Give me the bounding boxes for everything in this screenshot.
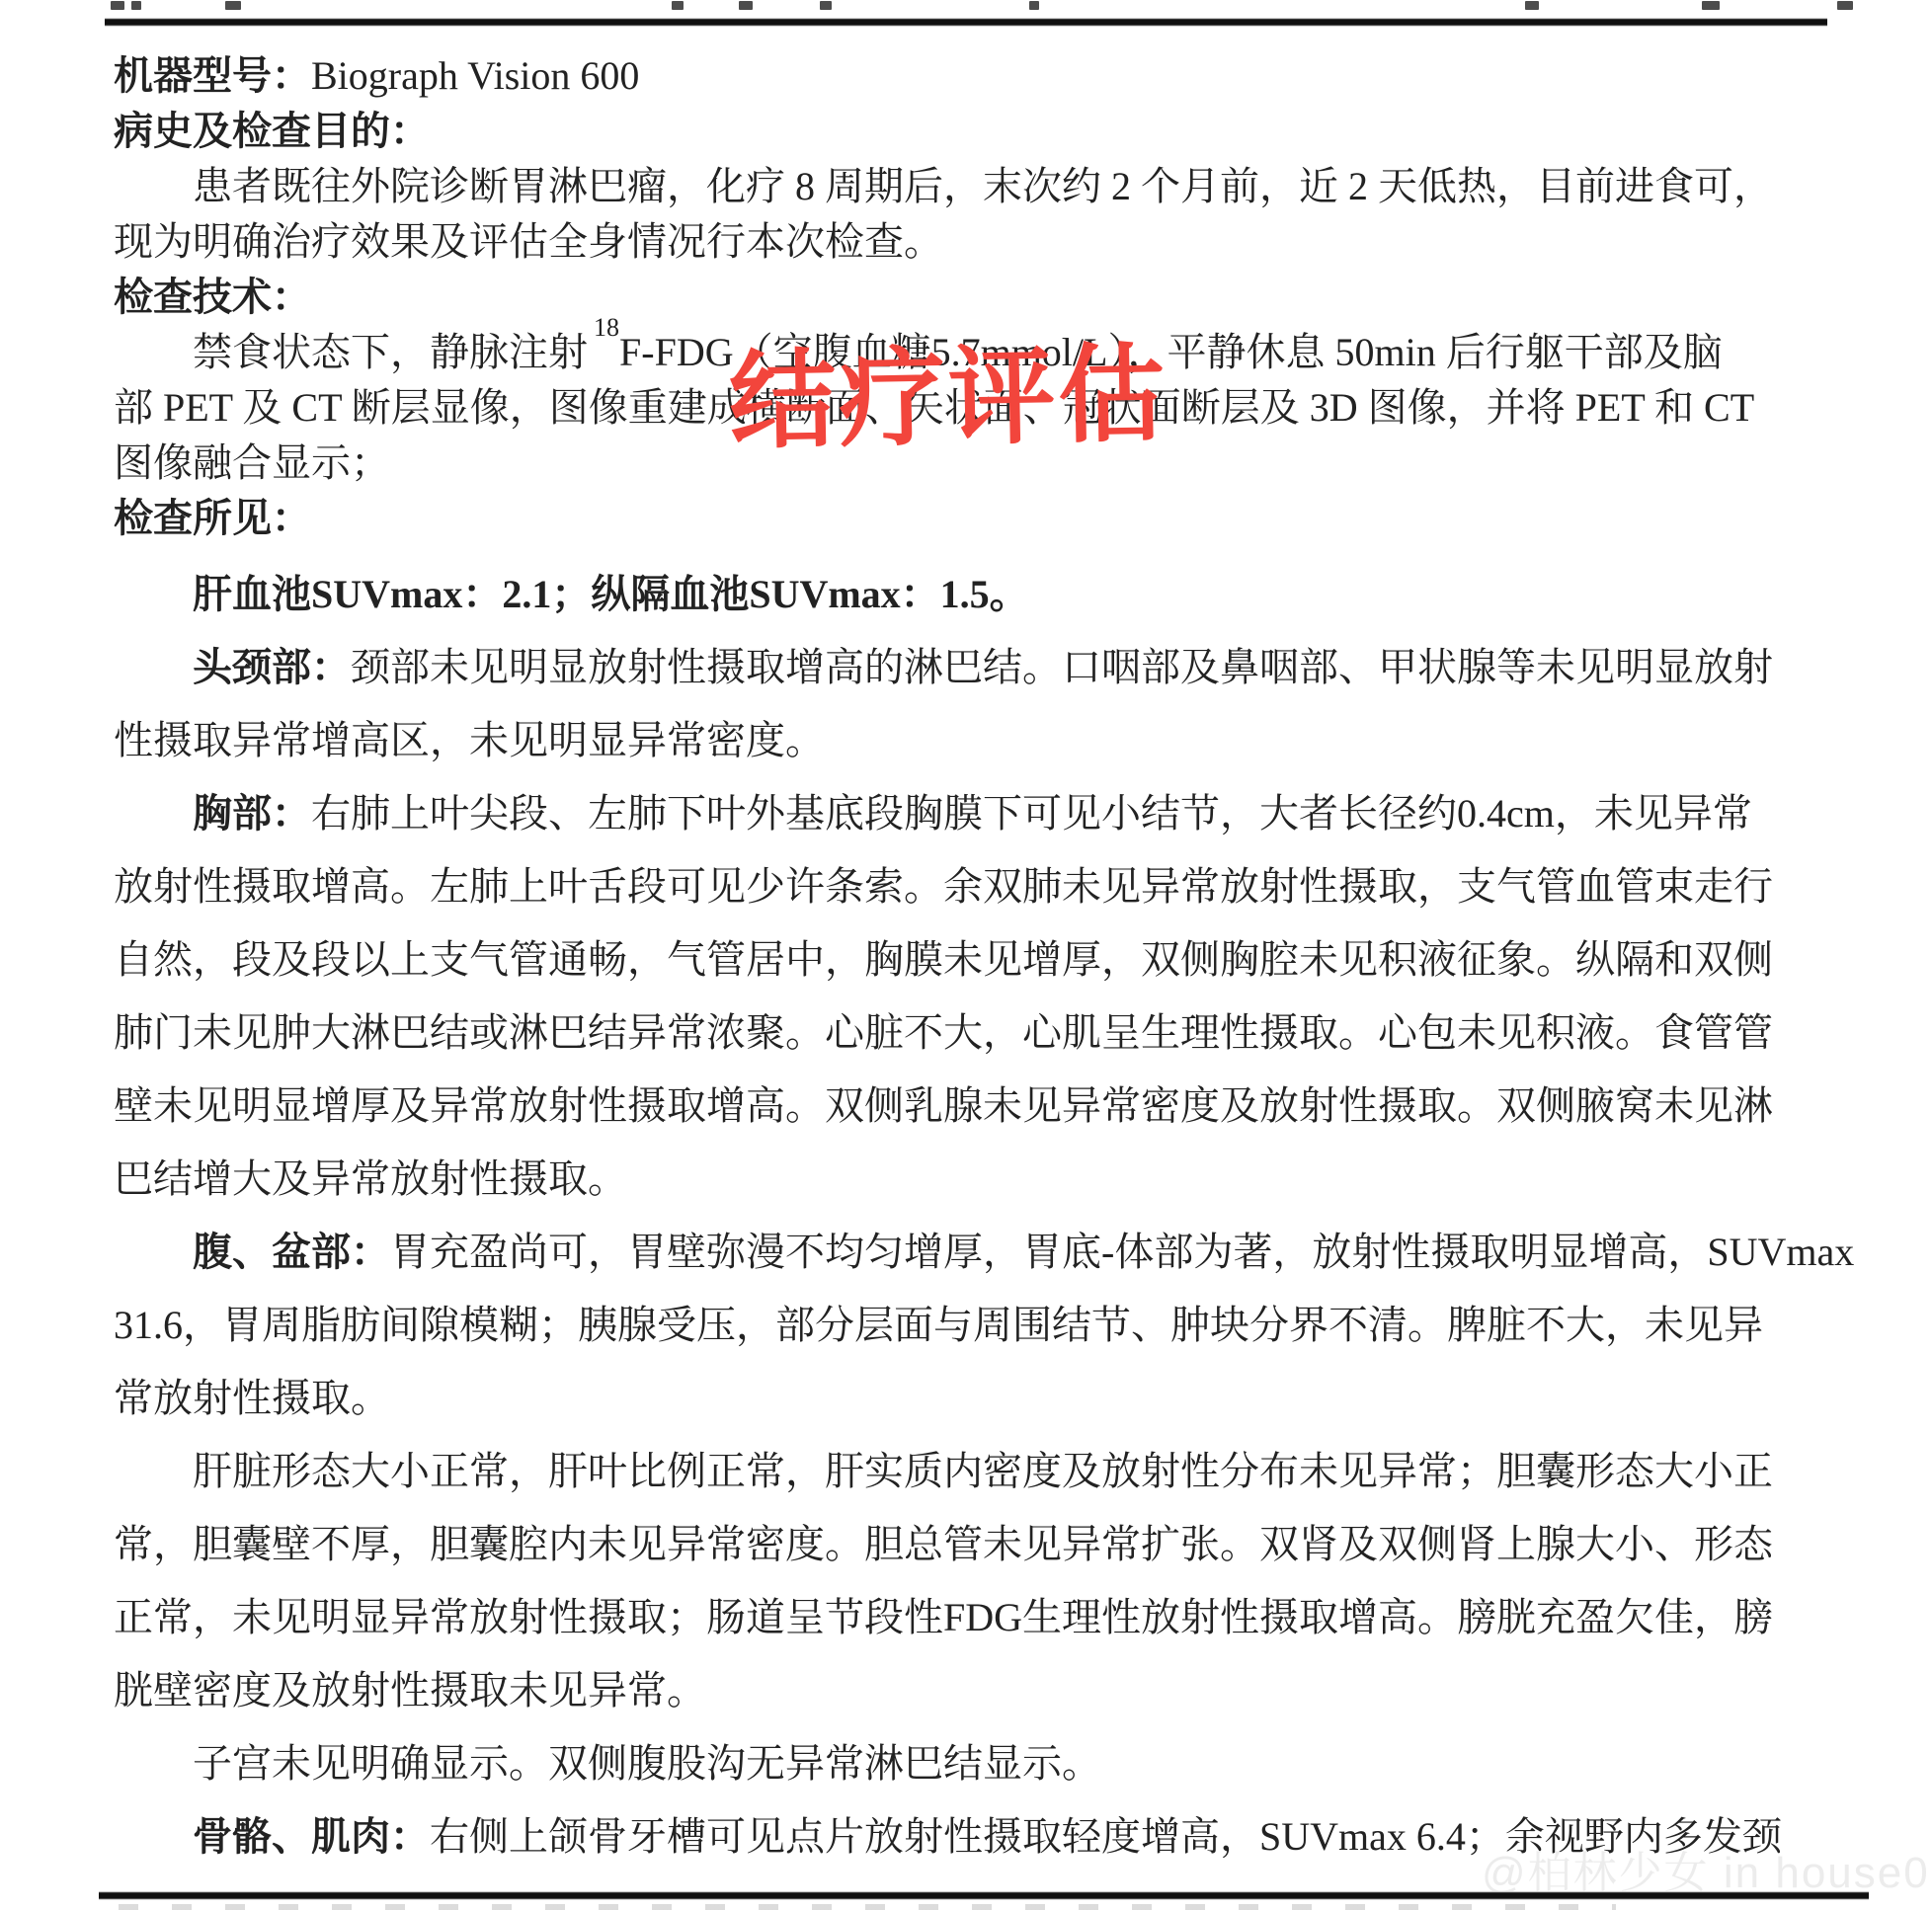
chest-line: 巴结增大及异常放射性摄取。 [114, 1143, 1842, 1216]
liver-line: 胱壁密度及放射性摄取未见异常。 [114, 1654, 1842, 1727]
report-page: 机器型号：Biograph Vision 600 病史及检查目的： 患者既往外院… [0, 0, 1932, 1911]
findings-heading: 检查所见： [114, 491, 1842, 546]
cropped-text-remnant [1525, 1, 1539, 10]
abdomen-line: 腹、盆部：胃充盈尚可，胃壁弥漫不均匀增厚，胃底-体部为著，放射性摄取明显增高，S… [114, 1216, 1842, 1289]
bone-muscle-label: 骨骼、肌肉： [193, 1814, 430, 1859]
cropped-text-remnant [672, 1, 684, 10]
machine-model-line: 机器型号：Biograph Vision 600 [114, 48, 1842, 104]
machine-model-label: 机器型号： [114, 53, 311, 98]
abdomen-label: 腹、盆部： [193, 1230, 390, 1274]
blood-pool-suv-line: 肝血池SUVmax：2.1；纵隔血池SUVmax：1.5。 [114, 558, 1842, 631]
history-heading: 病史及检查目的： [114, 104, 1842, 159]
chest-line: 胸部：右肺上叶尖段、左肺下叶外基底段胸膜下可见小结节，大者长径约0.4cm，未见… [114, 777, 1842, 850]
liver-line: 肝脏形态大小正常，肝叶比例正常，肝实质内密度及放射性分布未见异常；胆囊形态大小正 [114, 1435, 1842, 1508]
head-neck-line: 头颈部：颈部未见明显放射性摄取增高的淋巴结。口咽部及鼻咽部、甲状腺等未见明显放射 [114, 631, 1842, 704]
history-line: 患者既往外院诊断胃淋巴瘤，化疗 8 周期后，末次约 2 个月前，近 2 天低热，… [114, 159, 1842, 214]
head-neck-line: 性摄取异常增高区，未见明显异常密度。 [114, 704, 1842, 777]
history-line: 现为明确治疗效果及评估全身情况行本次检查。 [114, 214, 1842, 270]
technique-line-pre: 禁食状态下，静脉注射 [193, 330, 588, 374]
abdomen-text: 胃充盈尚可，胃壁弥漫不均匀增厚，胃底-体部为著，放射性摄取明显增高，SUVmax [390, 1230, 1854, 1274]
chest-text: 右肺上叶尖段、左肺下叶外基底段胸膜下可见小结节，大者长径约0.4cm，未见异常 [311, 791, 1752, 836]
cropped-text-remnant [820, 1, 832, 10]
red-stamp-watermark: 结疗评估 [728, 308, 1169, 469]
chest-line: 放射性摄取增高。左肺上叶舌段可见少许条索。余双肺未见异常放射性摄取，支气管血管束… [114, 850, 1842, 923]
cropped-bottom-text [119, 1904, 1616, 1910]
isotope-superscript: 18 [594, 313, 619, 342]
abdomen-line: 常放射性摄取。 [114, 1362, 1842, 1435]
top-divider [105, 18, 1827, 27]
cropped-text-remnant [111, 1, 124, 10]
abdomen-line: 31.6，胃周脂肪间隙模糊；胰腺受压，部分层面与周围结节、肿块分界不清。脾脏不大… [114, 1289, 1842, 1362]
liver-line: 常，胆囊壁不厚，胆囊腔内未见异常密度。胆总管未见异常扩张。双肾及双侧肾上腺大小、… [114, 1508, 1842, 1581]
chest-line: 自然，段及段以上支气管通畅，气管居中，胸膜未见增厚，双侧胸腔未见积液征象。纵隔和… [114, 923, 1842, 996]
cropped-text-remnant [1702, 1, 1720, 10]
report-header-section: 机器型号：Biograph Vision 600 病史及检查目的： 患者既往外院… [114, 48, 1842, 546]
report-body: 机器型号：Biograph Vision 600 病史及检查目的： 患者既往外院… [114, 27, 1842, 1873]
chest-line: 壁未见明显增厚及异常放射性摄取增高。双侧乳腺未见异常密度及放射性摄取。双侧腋窝未… [114, 1070, 1842, 1143]
bottom-divider [99, 1891, 1869, 1900]
liver-line: 正常，未见明显异常放射性摄取；肠道呈节段性FDG生理性放射性摄取增高。膀胱充盈欠… [114, 1581, 1842, 1654]
head-neck-label: 头颈部： [193, 645, 351, 689]
uterus-line: 子宫未见明确显示。双侧腹股沟无异常淋巴结显示。 [114, 1727, 1842, 1800]
cropped-text-remnant [225, 1, 241, 10]
report-findings-section: 肝血池SUVmax：2.1；纵隔血池SUVmax：1.5。 头颈部：颈部未见明显… [114, 558, 1842, 1873]
cropped-text-remnant [1837, 1, 1853, 10]
chest-label: 胸部： [193, 791, 311, 836]
cropped-text-remnant [131, 1, 141, 10]
machine-model-value: Biograph Vision 600 [311, 53, 639, 98]
cropped-text-remnant [1029, 1, 1039, 10]
chest-line: 肺门未见肿大淋巴结或淋巴结异常浓聚。心脏不大，心肌呈生理性摄取。心包未见积液。食… [114, 996, 1842, 1070]
head-neck-text: 颈部未见明显放射性摄取增高的淋巴结。口咽部及鼻咽部、甲状腺等未见明显放射 [351, 645, 1773, 689]
cropped-text-remnant [739, 1, 753, 10]
